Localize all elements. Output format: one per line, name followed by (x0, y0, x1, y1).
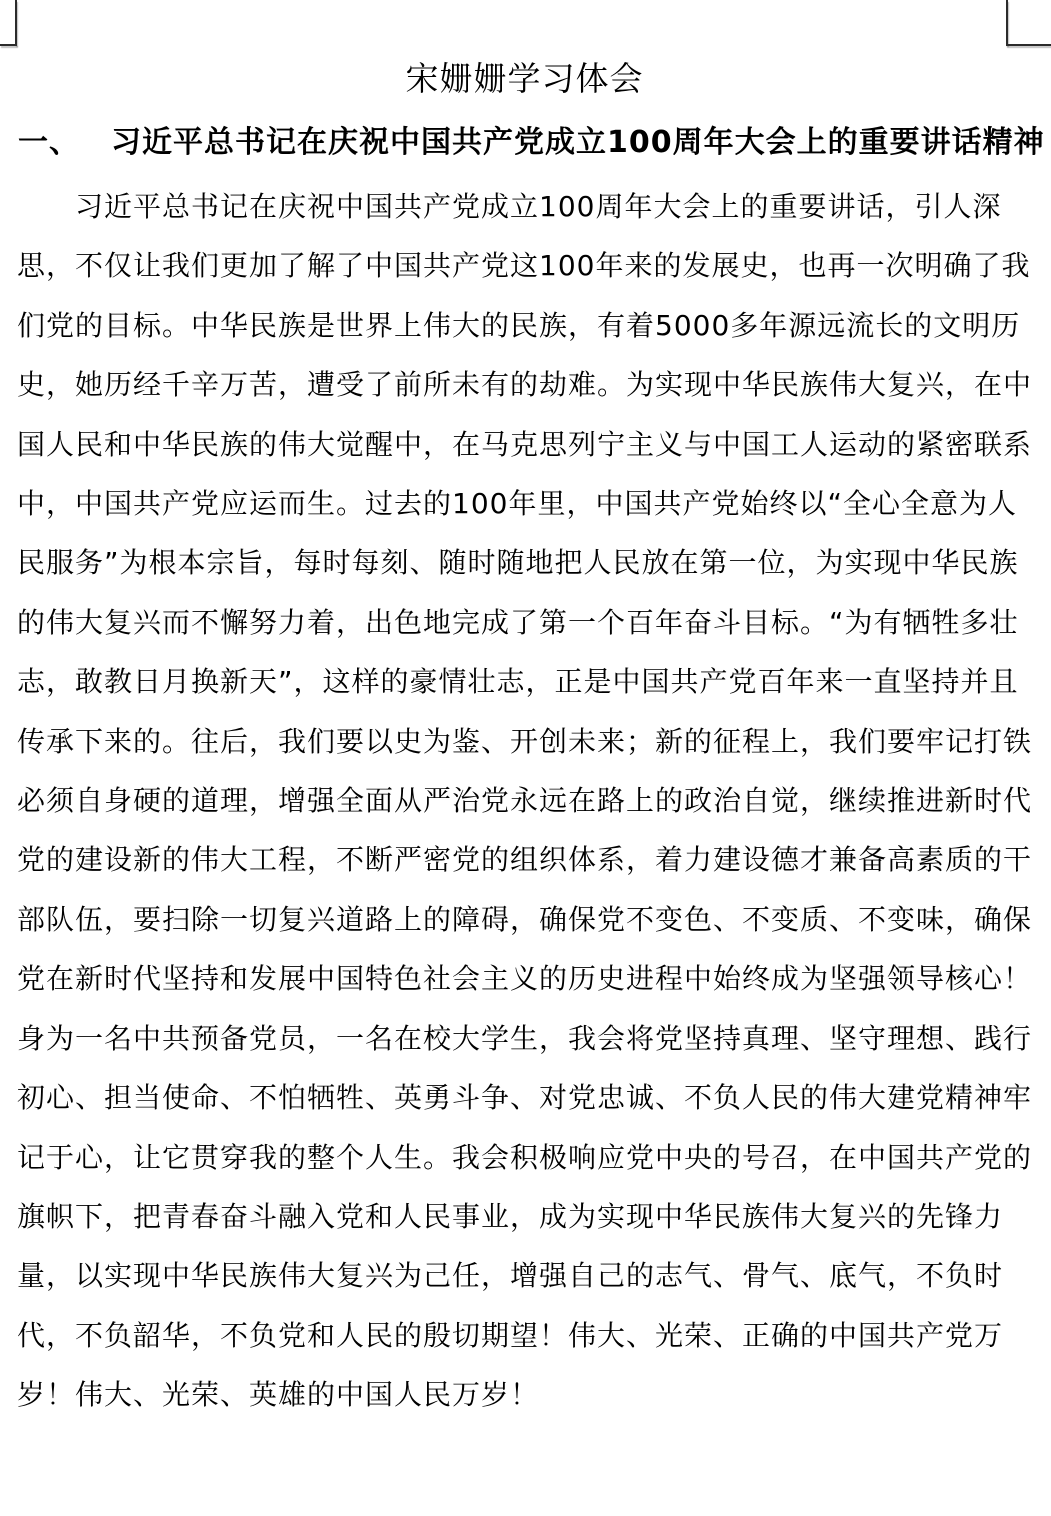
section-heading-text: 习近平总书记在庆祝中国共产党成立100周年大会上的重要讲话精神 (111, 125, 1045, 160)
page-corner-mark-top-left-horizontal (0, 44, 17, 46)
document-title: 宋姗姗学习体会 (17, 49, 1032, 108)
document-content: 宋姗姗学习体会 一、习近平总书记在庆祝中国共产党成立100周年大会上的重要讲话精… (17, 0, 1032, 1425)
body-paragraph: 习近平总书记在庆祝中国共产党成立100周年大会上的重要讲话，引人深思，不仅让我们… (17, 177, 1032, 1425)
section-heading: 一、习近平总书记在庆祝中国共产党成立100周年大会上的重要讲话精神 (17, 113, 1032, 172)
document-page: 宋姗姗学习体会 一、习近平总书记在庆祝中国共产党成立100周年大会上的重要讲话精… (0, 0, 1051, 1516)
section-number: 一、 (18, 125, 80, 160)
